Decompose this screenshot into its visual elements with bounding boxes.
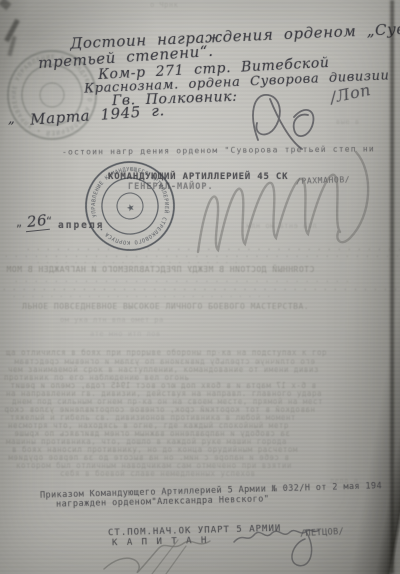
stamp-emblem [36, 79, 67, 110]
page-edge-shadow [389, 0, 395, 574]
typed-month: апреля [58, 220, 104, 231]
faded-line: о Чрнк [150, 1, 178, 9]
faded-line: ЛЬНОЕ ПОВСЕДНЕВНОЕ ВЫСОКОЕ ЛИЧНОГО БОЕВО… [22, 302, 309, 311]
scanned-document-page: УПРАВЛЕНИЕ КОМАНДУЮЩЕГО АРТИЛЛЕРИЕЙ • УП… [0, 0, 400, 574]
handwritten-quote: „ [8, 112, 15, 127]
stamp-star-glyph: ★ [124, 199, 136, 216]
faded-line: себя в боевой славе немедленных успехов [60, 469, 256, 478]
faded-line: ом ука лтн впа омет ра [60, 316, 164, 324]
faded-line: ате мно итп лов [90, 330, 161, 338]
date-open-quote: „ [16, 218, 22, 229]
handwritten-line: Достоин награждения орденом „Суворова“ [70, 17, 400, 52]
faded-line: ща отличился в боях при прорыве обороны … [6, 348, 327, 357]
handwritten-day-number: 26 [24, 211, 50, 232]
faded-line: . . . . . . . . . . . . . . . . . . . . … [12, 291, 271, 299]
paper-corner-mark [0, 0, 11, 10]
handwritten-signature-general [188, 140, 383, 260]
handwritten-signature-captain [96, 520, 346, 574]
faded-line: СТОЯННЫЙ ДОСТОИН В МЕЖДУ ПРЕДСТАВЛЯЕМОГО… [6, 265, 314, 274]
faded-line: вые в [336, 118, 360, 126]
